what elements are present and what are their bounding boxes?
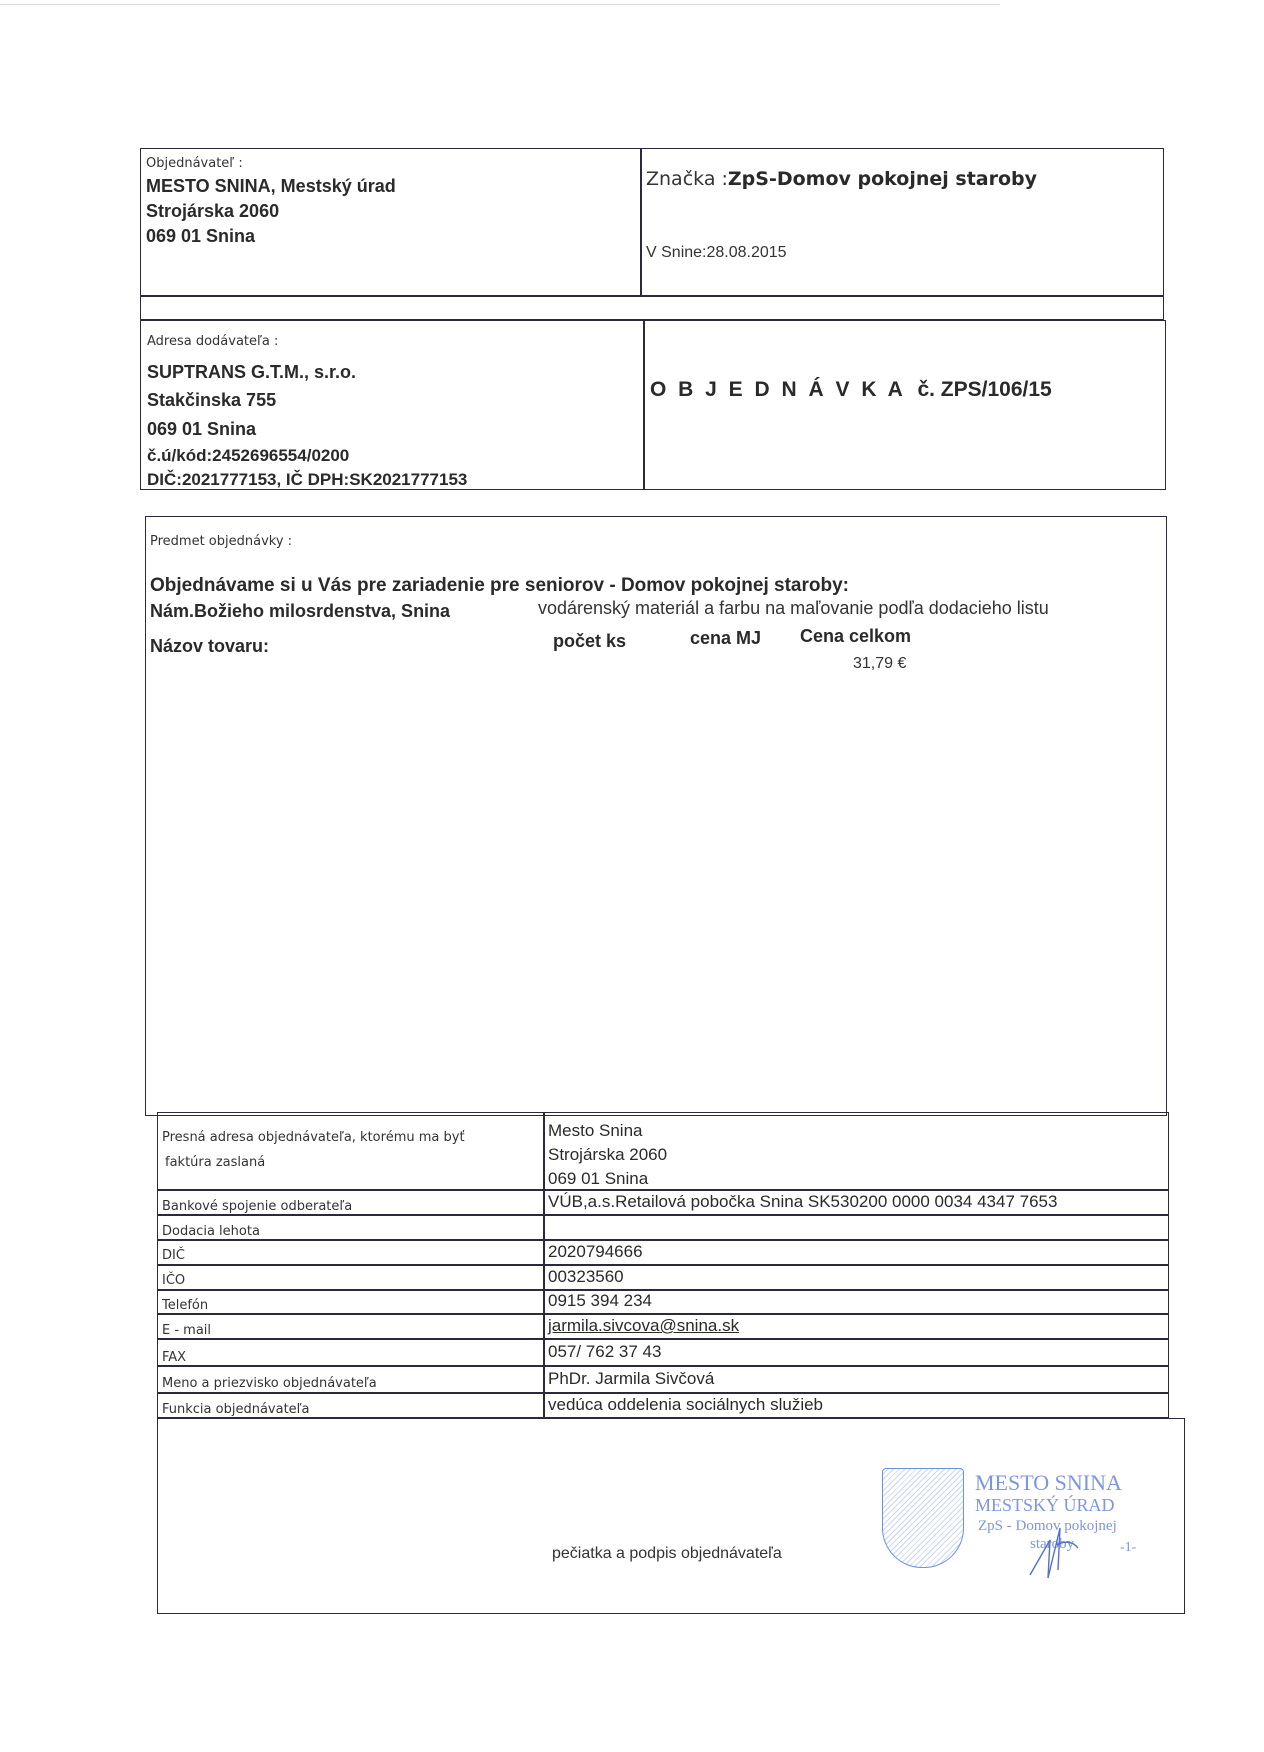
stamp-line: -1-: [1120, 1540, 1136, 1556]
row-value-function: vedúca oddelenia sociálnych služieb: [548, 1395, 823, 1415]
column-unit-price: cena MJ: [690, 628, 761, 649]
column-qty: počet ks: [553, 631, 626, 652]
mark-label: Značka :: [646, 168, 728, 190]
mark-value: ZpS-Domov pokojnej staroby: [728, 168, 1037, 190]
row-value-bank: VÚB,a.s.Retailová pobočka Snina SK530200…: [548, 1192, 1057, 1212]
supplier-divider: [643, 320, 645, 490]
row-label-name: Meno a priezvisko objednávateľa: [162, 1376, 377, 1391]
order-heading: O B J E D N Á V K A č. ZPS/106/15: [650, 378, 1052, 402]
invoice-address-line: Mesto Snina: [548, 1121, 643, 1141]
row-separator: [157, 1264, 1169, 1266]
orderer-street: Strojárska 2060: [146, 201, 279, 222]
row-value-fax: 057/ 762 37 43: [548, 1342, 661, 1362]
invoice-address-line: Strojárska 2060: [548, 1145, 667, 1165]
row-separator: [157, 1338, 1169, 1340]
subject-line1: Objednávame si u Vás pre zariadenie pre …: [150, 575, 849, 597]
supplier-name: SUPTRANS G.T.M., s.r.o.: [147, 362, 356, 383]
row-separator: [157, 1365, 1169, 1367]
orderer-label: Objednávateľ :: [146, 156, 243, 171]
orderer-bottom-line: [140, 295, 1164, 297]
row-label-dic: DIČ: [162, 1248, 185, 1263]
row-value-phone: 0915 394 234: [548, 1291, 652, 1311]
supplier-account: č.ú/kód:2452696554/0200: [147, 446, 349, 466]
stamp-emblem-icon: [882, 1468, 964, 1568]
row-value-email-link[interactable]: jarmila.sivcova@snina.sk: [548, 1316, 739, 1336]
signature-label: pečiatka a podpis objednávateľa: [552, 1545, 782, 1563]
supplier-label: Adresa dodávateľa :: [147, 334, 278, 349]
row-label-bank: Bankové spojenie odberateľa: [162, 1199, 352, 1214]
invoice-address-label-1: Presná adresa objednávateľa, ktorému ma …: [162, 1130, 465, 1145]
supplier-city: 069 01 Snina: [147, 419, 256, 440]
supplier-street: Stakčinska 755: [147, 390, 276, 411]
orderer-name: MESTO SNINA, Mestský úrad: [146, 176, 396, 197]
total-value: 31,79 €: [853, 655, 906, 673]
row-value-name: PhDr. Jarmila Sivčová: [548, 1369, 714, 1389]
row-label-ico: IČO: [162, 1273, 185, 1288]
subject-label: Predmet objednávky :: [150, 534, 292, 549]
column-total: Cena celkom: [800, 626, 911, 647]
subject-description: vodárenský materiál a farbu na maľovanie…: [538, 598, 1049, 619]
row-label-delivery: Dodacia lehota: [162, 1224, 260, 1239]
mark-line: Značka :ZpS-Domov pokojnej staroby: [646, 168, 1037, 191]
row-label-function: Funkcia objednávateľa: [162, 1402, 310, 1417]
orderer-city: 069 01 Snina: [146, 226, 255, 247]
handwritten-signature-icon: [1020, 1520, 1090, 1580]
row-label-phone: Telefón: [162, 1298, 208, 1313]
row-separator: [157, 1239, 1169, 1241]
invoice-address-line: 069 01 Snina: [548, 1169, 648, 1189]
orderer-divider: [640, 148, 642, 296]
row-label-fax: FAX: [162, 1350, 186, 1365]
signature-box: [157, 1418, 1185, 1614]
row-separator: [157, 1214, 1169, 1216]
subject-location: Nám.Božieho milosrdenstva, Snina: [150, 601, 450, 622]
supplier-tax: DIČ:2021777153, IČ DPH:SK2021777153: [147, 470, 467, 490]
row-value-ico: 00323560: [548, 1267, 624, 1287]
column-item: Názov tovaru:: [150, 636, 269, 657]
order-title: O B J E D N Á V K A: [650, 378, 906, 401]
stamp-line: MESTSKÝ ÚRAD: [975, 1495, 1115, 1516]
order-number: č. ZPS/106/15: [917, 378, 1051, 401]
row-value-dic: 2020794666: [548, 1242, 643, 1262]
row-separator: [157, 1289, 1169, 1291]
invoice-address-label-2: faktúra zaslaná: [165, 1155, 265, 1170]
row-separator: [157, 1189, 1169, 1191]
row-separator: [157, 1392, 1169, 1394]
row-label-email: E - mail: [162, 1323, 211, 1338]
row-separator: [157, 1313, 1169, 1315]
stamp-line: MESTO SNINA: [975, 1470, 1122, 1496]
place-date: V Snine:28.08.2015: [646, 244, 787, 262]
scan-edge-line: [0, 4, 1000, 5]
